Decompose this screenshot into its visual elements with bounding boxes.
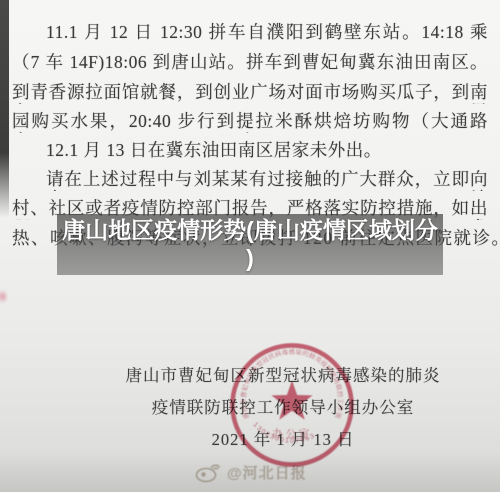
scanned-notice-photo: 11.1 月 12 日 12:30 拼车自濮阳到鹤壁东站。14:18 乘 G12… [0,0,500,492]
doc-line: 请在上述过程中与刘某某有过接触的广大群众，立即向当地 [46,169,488,191]
article-title-line1: 唐山地区疫情形势(唐山疫情区域划分 [57,216,443,244]
seal-star-icon [271,380,312,419]
photo-edge-strip [0,0,9,218]
doc-line: 到青香源拉面馆就餐，到创业广场对面市场购买瓜子，到南方果 [12,82,488,104]
doc-line: 园购买水果，20:40 步行到提拉米酥烘焙坊购物（大通路店）。 [12,111,488,133]
article-title: 唐山地区疫情形势(唐山疫情区域划分 ) [57,216,443,272]
doc-line: 11.1 月 12 日 12:30 拼车自濮阳到鹤壁东站。14:18 乘 G12… [46,22,488,44]
doc-line: 12.1 月 13 日在冀东油田南区居家未外出。 [46,140,382,160]
title-banner: 唐山地区疫情形势(唐山疫情区域划分 ) [57,214,443,275]
doc-line: （7 车 14F)18:06 到唐山站。拼车到曹妃甸冀东油田南区。20:00 [12,52,488,74]
official-seal: 唐山市曹妃甸区新型冠状病毒感染的肺炎疫情联防联控工作领导小组 办公室 13023… [228,341,356,469]
seal-ink-smudge [0,288,7,305]
article-title-line2: ) [57,244,443,272]
weibo-icon [194,461,222,483]
